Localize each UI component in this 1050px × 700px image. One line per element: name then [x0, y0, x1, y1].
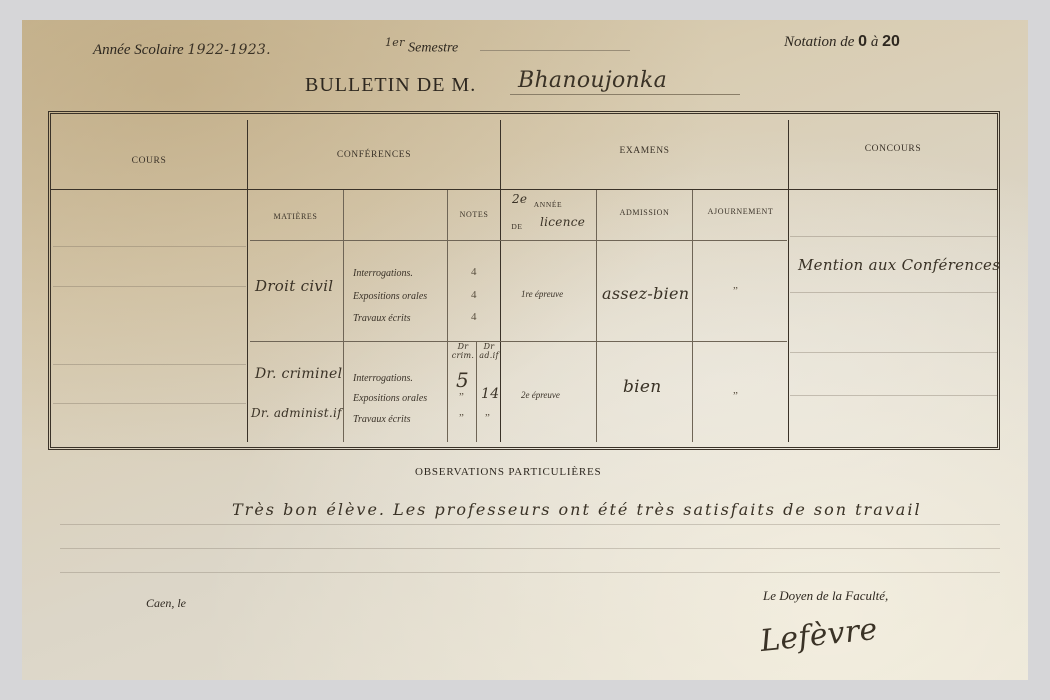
subheader-row-line — [250, 240, 787, 241]
cours-rule-3 — [53, 364, 246, 365]
divider-annee — [596, 190, 597, 442]
row2-ajournement: ” — [733, 390, 738, 402]
concours-rule-4 — [790, 395, 997, 396]
notation-max: 20 — [882, 33, 900, 50]
row1-note-3: 4 — [471, 311, 477, 323]
row1-admission: assez-bien — [602, 284, 689, 303]
row2-item-interrogations: Interrogations. — [353, 373, 413, 384]
observations-rule-2 — [60, 548, 1000, 549]
row2-notes-col-adm: Dr ad.if — [478, 342, 500, 360]
student-name-underline — [510, 94, 740, 95]
divider-admission — [692, 190, 693, 442]
annee-scolaire-label: Année Scolaire — [93, 42, 184, 58]
row1-item-travaux: Travaux écrits — [353, 313, 411, 324]
concours-rule-1 — [790, 236, 997, 237]
row1-note-1: 4 — [471, 266, 477, 278]
subheader-ajournement: AJOURNEMENT — [693, 207, 788, 216]
header-cours: COURS — [51, 156, 247, 166]
notation-prefix: Notation de — [784, 34, 854, 50]
observations-rule-3 — [60, 572, 1000, 573]
semestre-underline — [480, 50, 630, 51]
subheader-annee-number: 2e — [512, 192, 527, 206]
row1-ajournement: ” — [733, 285, 738, 297]
cours-rule-2 — [53, 286, 246, 287]
row1-item-expositions: Expositions orales — [353, 291, 427, 302]
subheader-annee-label: ANNÉE — [528, 200, 568, 209]
observations-text: Très bon élève. Les professeurs ont été … — [232, 500, 922, 519]
row2-admission: bien — [623, 377, 662, 397]
concours-rule-3 — [790, 352, 997, 353]
row2-matiere: Dr. criminel — [255, 366, 342, 382]
header-conferences: CONFÉRENCES — [248, 150, 500, 160]
row2-note-adm-3: ” — [485, 412, 490, 424]
student-name: Bhanoujonka — [518, 68, 667, 93]
divider-matieres — [343, 190, 344, 442]
divider-notes — [447, 190, 448, 442]
concours-value: Mention aux Conférences — [798, 256, 1000, 274]
row2-notes-col-crim: Dr crim. — [450, 342, 476, 360]
row2-note-crim-3: ” — [459, 412, 464, 424]
subheader-matieres: MATIÈRES — [248, 212, 343, 221]
divider-examens — [788, 120, 789, 442]
cours-rule-1 — [53, 246, 246, 247]
notation-sep: à — [871, 34, 879, 50]
subheader-notes: NOTES — [448, 210, 500, 219]
row-divider — [250, 341, 787, 342]
row1-item-interrogations: Interrogations. — [353, 268, 413, 279]
divider-cours — [247, 120, 248, 442]
header-concours: CONCOURS — [789, 144, 997, 154]
notation-min: 0 — [858, 33, 867, 50]
cours-rule-4 — [53, 403, 246, 404]
semestre: 1er Semestre — [385, 36, 458, 57]
row2-epreuve: 2e épreuve — [521, 390, 560, 400]
annee-scolaire-value: 1922-1923. — [187, 42, 270, 58]
observations-title: OBSERVATIONS PARTICULIÈRES — [415, 466, 601, 478]
dean-label: Le Doyen de la Faculté, — [763, 588, 888, 604]
header-examens: EXAMENS — [501, 146, 788, 156]
row2-item-travaux: Travaux écrits — [353, 414, 411, 425]
row1-note-2: 4 — [471, 289, 477, 301]
place-date: Caen, le — [146, 596, 186, 611]
annee-scolaire: Année Scolaire 1922-1923. — [93, 42, 271, 59]
bulletin-title: BULLETIN DE M. — [305, 74, 476, 97]
concours-rule-2 — [790, 292, 997, 293]
row2-note-adm-2: 14 — [481, 386, 499, 402]
row2-item-expositions: Expositions orales — [353, 393, 427, 404]
notation-scale: Notation de 0 à 20 — [784, 33, 900, 51]
row1-epreuve: 1re épreuve — [521, 289, 563, 299]
subheader-annee-value: licence — [540, 215, 585, 229]
row1-matiere: Droit civil — [255, 277, 333, 295]
semestre-number: 1er — [385, 36, 405, 49]
row2-note-crim-2: ” — [459, 391, 464, 403]
row2-note-crim-1: 5 — [456, 368, 469, 392]
divider-notes-split — [476, 342, 477, 442]
header-row-line — [51, 189, 997, 190]
divider-conferences — [500, 120, 501, 442]
semestre-label: Semestre — [408, 41, 458, 56]
subheader-admission: ADMISSION — [597, 208, 692, 217]
row2-matiere-2: Dr. administ.if — [251, 406, 342, 420]
subheader-annee-de: DE — [508, 222, 526, 231]
observations-rule-1 — [60, 524, 1000, 525]
